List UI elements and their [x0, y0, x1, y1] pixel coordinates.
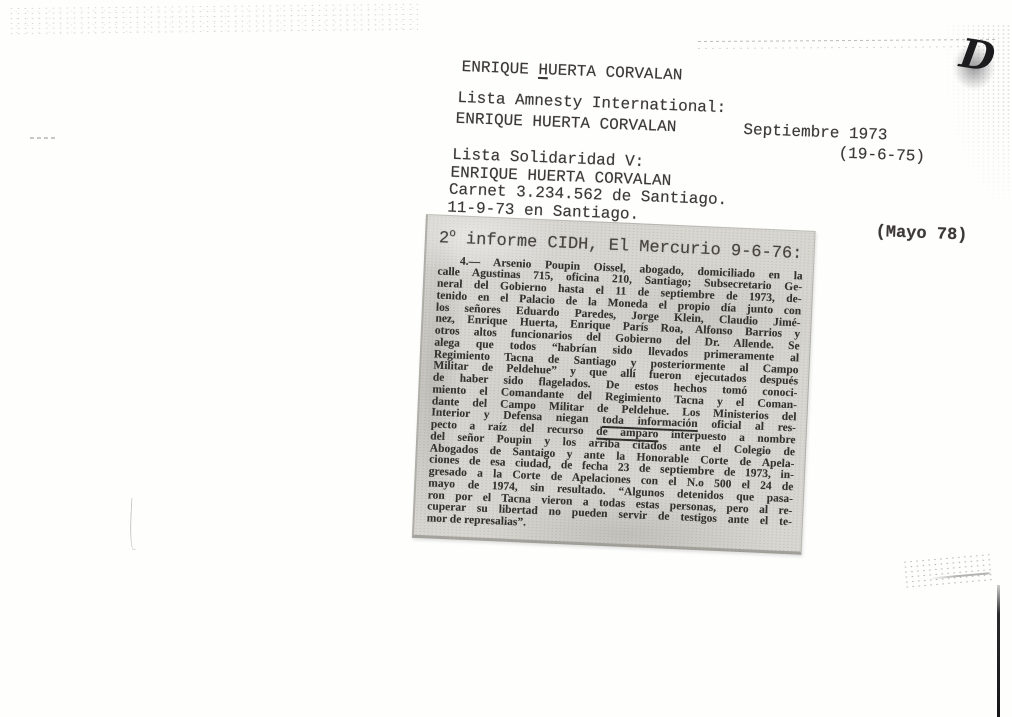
clipping-body: 4.— Arsenio Poupin Oissel, abogado, domi… [426, 255, 802, 541]
subject-name-post: UERTA CORVALAN [548, 61, 683, 84]
newspaper-clipping: 2o informe CIDH, El Mercurio 9-6-76: 4.—… [412, 214, 816, 555]
scan-noise-top-left [8, 2, 418, 36]
subject-name-title: ENRIQUE HUERTA CORVALAN [461, 58, 682, 84]
scan-noise-bottom-right [902, 552, 992, 590]
amnesty-date-secondary: (19-6-75) [838, 145, 925, 166]
scan-mark-left [30, 137, 56, 139]
amnesty-date: Septiembre 1973 [743, 121, 888, 145]
scan-squiggle-left [129, 498, 139, 550]
clipping-heading-number: 2 [439, 229, 450, 248]
scanned-document-page: { "page": { "handwritten_mark": "D" }, "… [0, 0, 1012, 717]
scan-edge-line-right [997, 585, 1000, 717]
side-note-mayo-78: (Mayo 78) [875, 224, 967, 246]
handwritten-d-mark: D [957, 34, 998, 79]
subject-name-pre: ENRIQUE [461, 58, 538, 79]
